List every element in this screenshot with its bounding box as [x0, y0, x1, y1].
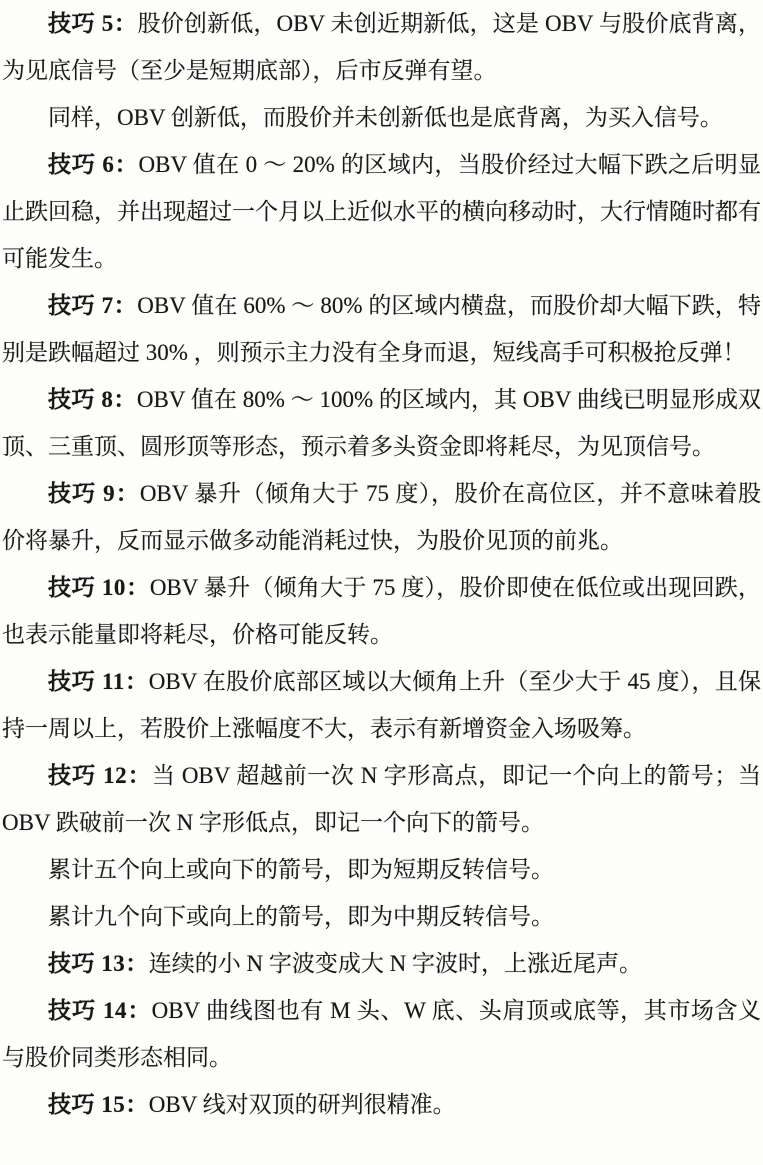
tip-13-label: 技巧 13：: [48, 951, 149, 976]
para-tip-8: 技巧 8：OBV 值在 80% ～ 100% 的区域内，其 OBV 曲线已明显形…: [2, 376, 761, 470]
tip-5-note-text: 同样，OBV 创新低，而股价并未创新低也是底背离，为买入信号。: [48, 105, 723, 130]
tip-12-note-short-text: 累计五个向上或向下的箭号，即为短期反转信号。: [48, 857, 554, 882]
tip-12-note-mid-text: 累计九个向下或向上的箭号，即为中期反转信号。: [48, 904, 554, 929]
para-tip-12: 技巧 12：当 OBV 超越前一次 N 字形高点，即记一个向上的箭号；当 OBV…: [2, 752, 761, 846]
para-tip-12-note-mid: 累计九个向下或向上的箭号，即为中期反转信号。: [2, 893, 761, 940]
tip-7-label: 技巧 7：: [48, 293, 137, 318]
para-tip-12-note-short: 累计五个向上或向下的箭号，即为短期反转信号。: [2, 846, 761, 893]
tip-15-label: 技巧 15：: [48, 1092, 149, 1117]
tip-13-text: 连续的小 N 字波变成大 N 字波时，上涨近尾声。: [149, 951, 642, 976]
para-tip-6: 技巧 6：OBV 值在 0 ～ 20% 的区域内，当股价经过大幅下跌之后明显止跌…: [2, 141, 761, 282]
book-page: 技巧 5：股价创新低，OBV 未创近期新低，这是 OBV 与股价底背离，为见底信…: [0, 0, 763, 1165]
para-tip-11: 技巧 11：OBV 在股价底部区域以大倾角上升（至少大于 45 度），且保持一周…: [2, 658, 761, 752]
tip-5-label: 技巧 5：: [48, 11, 138, 36]
para-tip-15: 技巧 15：OBV 线对双顶的研判很精准。: [2, 1081, 761, 1128]
para-tip-14: 技巧 14：OBV 曲线图也有 M 头、W 底、头肩顶或底等，其市场含义与股价同…: [2, 987, 761, 1081]
tip-15-text: OBV 线对双顶的研判很精准。: [149, 1092, 456, 1117]
para-tip-7: 技巧 7：OBV 值在 60% ～ 80% 的区域内横盘，而股价却大幅下跌，特别…: [2, 282, 761, 376]
para-tip-9: 技巧 9：OBV 暴升（倾角大于 75 度），股价在高位区，并不意味着股价将暴升…: [2, 470, 761, 564]
tip-9-label: 技巧 9：: [48, 481, 140, 506]
tip-12-label: 技巧 12：: [48, 763, 152, 788]
tip-6-label: 技巧 6：: [48, 152, 139, 177]
para-tip-5-note: 同样，OBV 创新低，而股价并未创新低也是底背离，为买入信号。: [2, 94, 761, 141]
para-tip-10: 技巧 10：OBV 暴升（倾角大于 75 度），股价即使在低位或出现回跌，也表示…: [2, 564, 761, 658]
para-tip-5: 技巧 5：股价创新低，OBV 未创近期新低，这是 OBV 与股价底背离，为见底信…: [2, 0, 761, 94]
tip-10-label: 技巧 10：: [48, 575, 150, 600]
para-tip-13: 技巧 13：连续的小 N 字波变成大 N 字波时，上涨近尾声。: [2, 940, 761, 987]
tip-8-label: 技巧 8：: [48, 387, 137, 412]
tip-11-label: 技巧 11：: [48, 669, 149, 694]
tip-14-label: 技巧 14：: [48, 998, 152, 1023]
